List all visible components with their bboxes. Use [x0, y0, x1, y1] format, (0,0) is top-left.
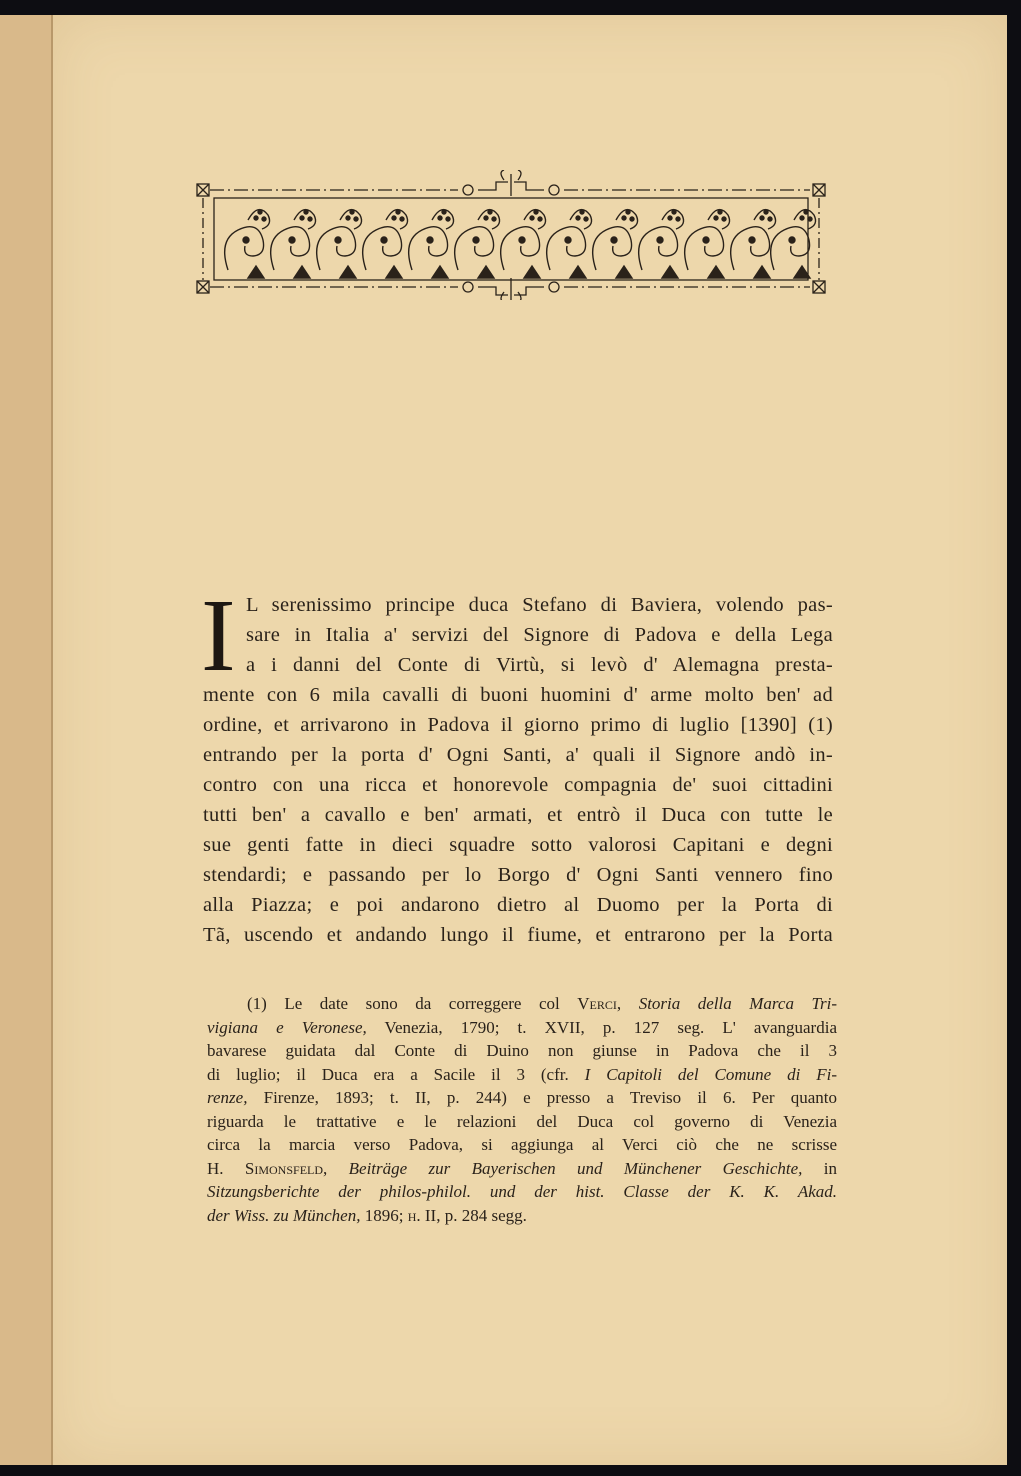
text-line: contro con una ricca et honorevole compa… — [203, 770, 833, 800]
work-title: I Capitoli del Comune di Fi- — [585, 1065, 837, 1084]
footnote-line: (1) Le date sono da correggere col Verci… — [207, 992, 837, 1016]
footnote-line: H. Simonsfeld, Beiträge zur Bayerischen … — [207, 1157, 837, 1181]
footnote-text: (1) Le date sono da correggere col — [247, 994, 577, 1013]
footnote-text: , — [323, 1159, 349, 1178]
footnote-text: di luglio; il Duca era a Sacile il 3 (cf… — [207, 1065, 585, 1084]
footnote-line: bavarese guidata dal Conte di Duino non … — [207, 1039, 837, 1063]
footnote-line: renze, Firenze, 1893; t. II, p. 244) e p… — [207, 1086, 837, 1110]
footnote-line: vigiana e Veronese, Venezia, 1790; t. XV… — [207, 1016, 837, 1040]
text-line: entrando per la porta d' Ogni Santi, a' … — [203, 740, 833, 770]
footnote-text: 1896; — [360, 1206, 407, 1225]
footnote-text: Firenze, 1893; t. II, p. 244) e presso a… — [247, 1088, 837, 1107]
footnote-text: , — [617, 994, 639, 1013]
decorative-header-ornament — [196, 170, 826, 300]
work-title: der Wiss. zu München, — [207, 1206, 360, 1225]
work-title: vigiana e Veronese, — [207, 1018, 367, 1037]
footnote-text: . II, p. 284 segg. — [416, 1206, 526, 1225]
text-line: Tã, uscendo et andando lungo il fiume, e… — [203, 920, 833, 950]
author-name: Verci — [577, 994, 617, 1013]
text-line: a i danni del Conte di Virtù, si levò d'… — [203, 650, 833, 680]
text-line: tutti ben' a cavallo e ben' armati, et e… — [203, 800, 833, 830]
drop-cap: I — [201, 594, 236, 680]
footnote: (1) Le date sono da correggere col Verci… — [207, 992, 837, 1227]
footnote-text: H. — [207, 1159, 245, 1178]
footnote-line: riguarda le trattative e le relazioni de… — [207, 1110, 837, 1134]
main-text: I L serenissimo principe duca Stefano di… — [203, 590, 833, 950]
text-line: alla Piazza; e poi andarono dietro al Du… — [203, 890, 833, 920]
work-title: Beiträge zur Bayerischen und Münchener G… — [349, 1159, 803, 1178]
work-title: Storia della Marca Tri- — [639, 994, 837, 1013]
footnote-line: der Wiss. zu München, 1896; h. II, p. 28… — [207, 1204, 837, 1228]
text-line: L serenissimo principe duca Stefano di B… — [203, 590, 833, 620]
text-line: sare in Italia a' servizi del Signore di… — [203, 620, 833, 650]
footnote-line: circa la marcia verso Padova, si aggiung… — [207, 1133, 837, 1157]
text-line: sue genti fatte in dieci squadre sotto v… — [203, 830, 833, 860]
footnote-line: Sitzungsberichte der philos-philol. und … — [207, 1180, 837, 1204]
text-line: mente con 6 mila cavalli di buoni huomin… — [203, 680, 833, 710]
footnote-line: di luglio; il Duca era a Sacile il 3 (cf… — [207, 1063, 837, 1087]
text-line: ordine, et arrivarono in Padova il giorn… — [203, 710, 833, 740]
text-line: stendardi; e passando per lo Borgo d' Og… — [203, 860, 833, 890]
author-name: Simonsfeld — [245, 1159, 323, 1178]
footnote-text: in — [802, 1159, 837, 1178]
footnote-text: Venezia, 1790; t. XVII, p. 127 seg. L' a… — [367, 1018, 837, 1037]
work-title: renze, — [207, 1088, 247, 1107]
